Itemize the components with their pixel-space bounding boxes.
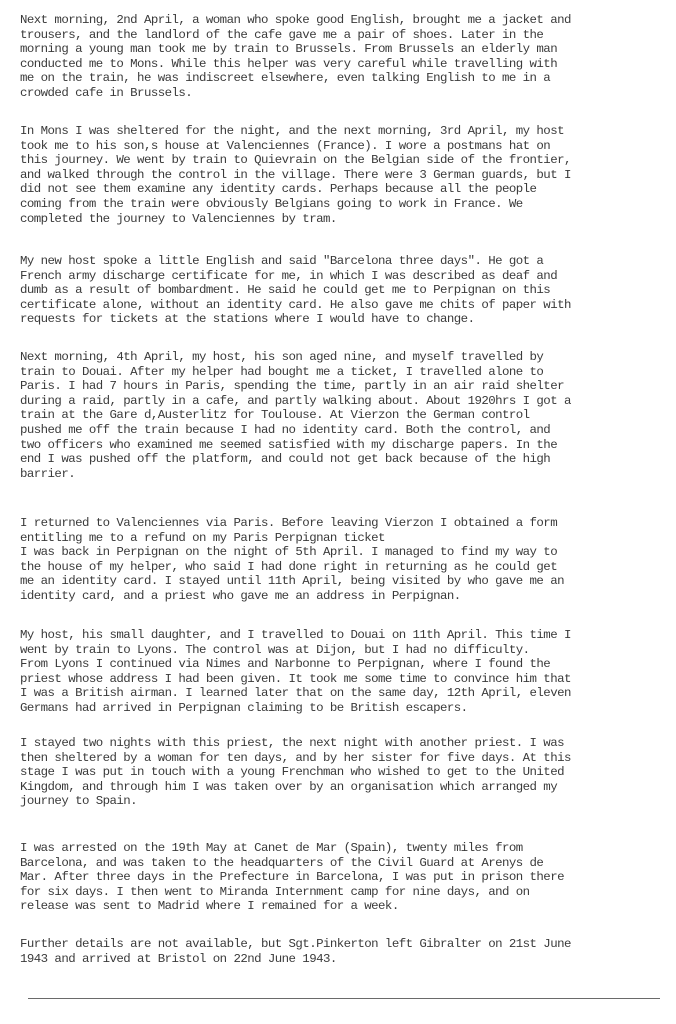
text-line: Paris. I had 7 hours in Paris, spending … (20, 379, 571, 394)
text-line: for six days. I then went to Miranda Int… (20, 885, 564, 900)
text-line: went by train to Lyons. The control was … (20, 643, 571, 658)
text-line: Kingdom, and through him I was taken ove… (20, 780, 571, 795)
text-line: morning a young man took me by train to … (20, 42, 571, 57)
text-line: journey to Spain. (20, 794, 571, 809)
text-line: trousers, and the landlord of the cafe g… (20, 28, 571, 43)
text-line: French army discharge certificate for me… (20, 269, 571, 284)
text-line: train to Douai. After my helper had boug… (20, 365, 571, 380)
text-line: completed the journey to Valenciennes by… (20, 212, 571, 227)
text-line: release was sent to Madrid where I remai… (20, 899, 564, 914)
text-line: entitling me to a refund on my Paris Per… (20, 531, 564, 546)
paragraph-lyons-to-perpignan: My host, his small daughter, and I trave… (20, 628, 571, 716)
text-line: My host, his small daughter, and I trave… (20, 628, 571, 643)
paragraph-douai-paris-vierzon: Next morning, 4th April, my host, his so… (20, 350, 571, 481)
text-line: My new host spoke a little English and s… (20, 254, 571, 269)
text-line: priest whose address I had been given. I… (20, 672, 571, 687)
text-line: me an identity card. I stayed until 11th… (20, 574, 564, 589)
text-line: and walked through the control in the vi… (20, 168, 571, 183)
text-line: Mar. After three days in the Prefecture … (20, 870, 564, 885)
paragraph-return-to-perpignan: I returned to Valenciennes via Paris. Be… (20, 516, 564, 604)
text-line: stage I was put in touch with a young Fr… (20, 765, 571, 780)
text-line: requests for tickets at the stations whe… (20, 312, 571, 327)
text-line: Germans had arrived in Perpignan claimin… (20, 701, 571, 716)
paragraph-arrest-in-spain: I was arrested on the 19th May at Canet … (20, 841, 564, 914)
text-line: identity card, and a priest who gave me … (20, 589, 564, 604)
text-line: conducted me to Mons. While this helper … (20, 57, 571, 72)
text-line: From Lyons I continued via Nimes and Nar… (20, 657, 571, 672)
text-line: I was back in Perpignan on the night of … (20, 545, 564, 560)
paragraph-brussels-to-mons: Next morning, 2nd April, a woman who spo… (20, 13, 571, 101)
text-line: certificate alone, without an identity c… (20, 298, 571, 313)
text-line: train at the Gare d,Austerlitz for Toulo… (20, 408, 571, 423)
text-line: In Mons I was sheltered for the night, a… (20, 124, 571, 139)
text-line: then sheltered by a woman for ten days, … (20, 751, 571, 766)
text-line: during a raid, partly in a cafe, and par… (20, 394, 571, 409)
paragraph-journey-to-spain: I stayed two nights with this priest, th… (20, 736, 571, 809)
text-line: Barcelona, and was taken to the headquar… (20, 856, 564, 871)
text-line: two officers who examined me seemed sati… (20, 438, 571, 453)
text-line: barrier. (20, 467, 571, 482)
text-line: took me to his son,s house at Valencienn… (20, 139, 571, 154)
text-line: 1943 and arrived at Bristol on 22nd June… (20, 952, 571, 967)
text-line: this journey. We went by train to Quievr… (20, 153, 571, 168)
text-line: dumb as a result of bombardment. He said… (20, 283, 571, 298)
text-line: crowded cafe in Brussels. (20, 86, 571, 101)
paragraph-further-details: Further details are not available, but S… (20, 937, 571, 966)
text-line: I was a British airman. I learned later … (20, 686, 571, 701)
text-line: I returned to Valenciennes via Paris. Be… (20, 516, 564, 531)
text-line: Further details are not available, but S… (20, 937, 571, 952)
paragraph-mons-to-valenciennes: In Mons I was sheltered for the night, a… (20, 124, 571, 226)
text-line: me on the train, he was indiscreet elsew… (20, 71, 571, 86)
text-line: did not see them examine any identity ca… (20, 182, 571, 197)
text-line: coming from the train were obviously Bel… (20, 197, 571, 212)
text-line: the house of my helper, who said I had d… (20, 560, 564, 575)
text-line: I stayed two nights with this priest, th… (20, 736, 571, 751)
text-line: end I was pushed off the platform, and c… (20, 452, 571, 467)
horizontal-rule (28, 998, 660, 999)
text-line: Next morning, 2nd April, a woman who spo… (20, 13, 571, 28)
text-line: Next morning, 4th April, my host, his so… (20, 350, 571, 365)
paragraph-discharge-certificate: My new host spoke a little English and s… (20, 254, 571, 327)
text-line: pushed me off the train because I had no… (20, 423, 571, 438)
text-line: I was arrested on the 19th May at Canet … (20, 841, 564, 856)
